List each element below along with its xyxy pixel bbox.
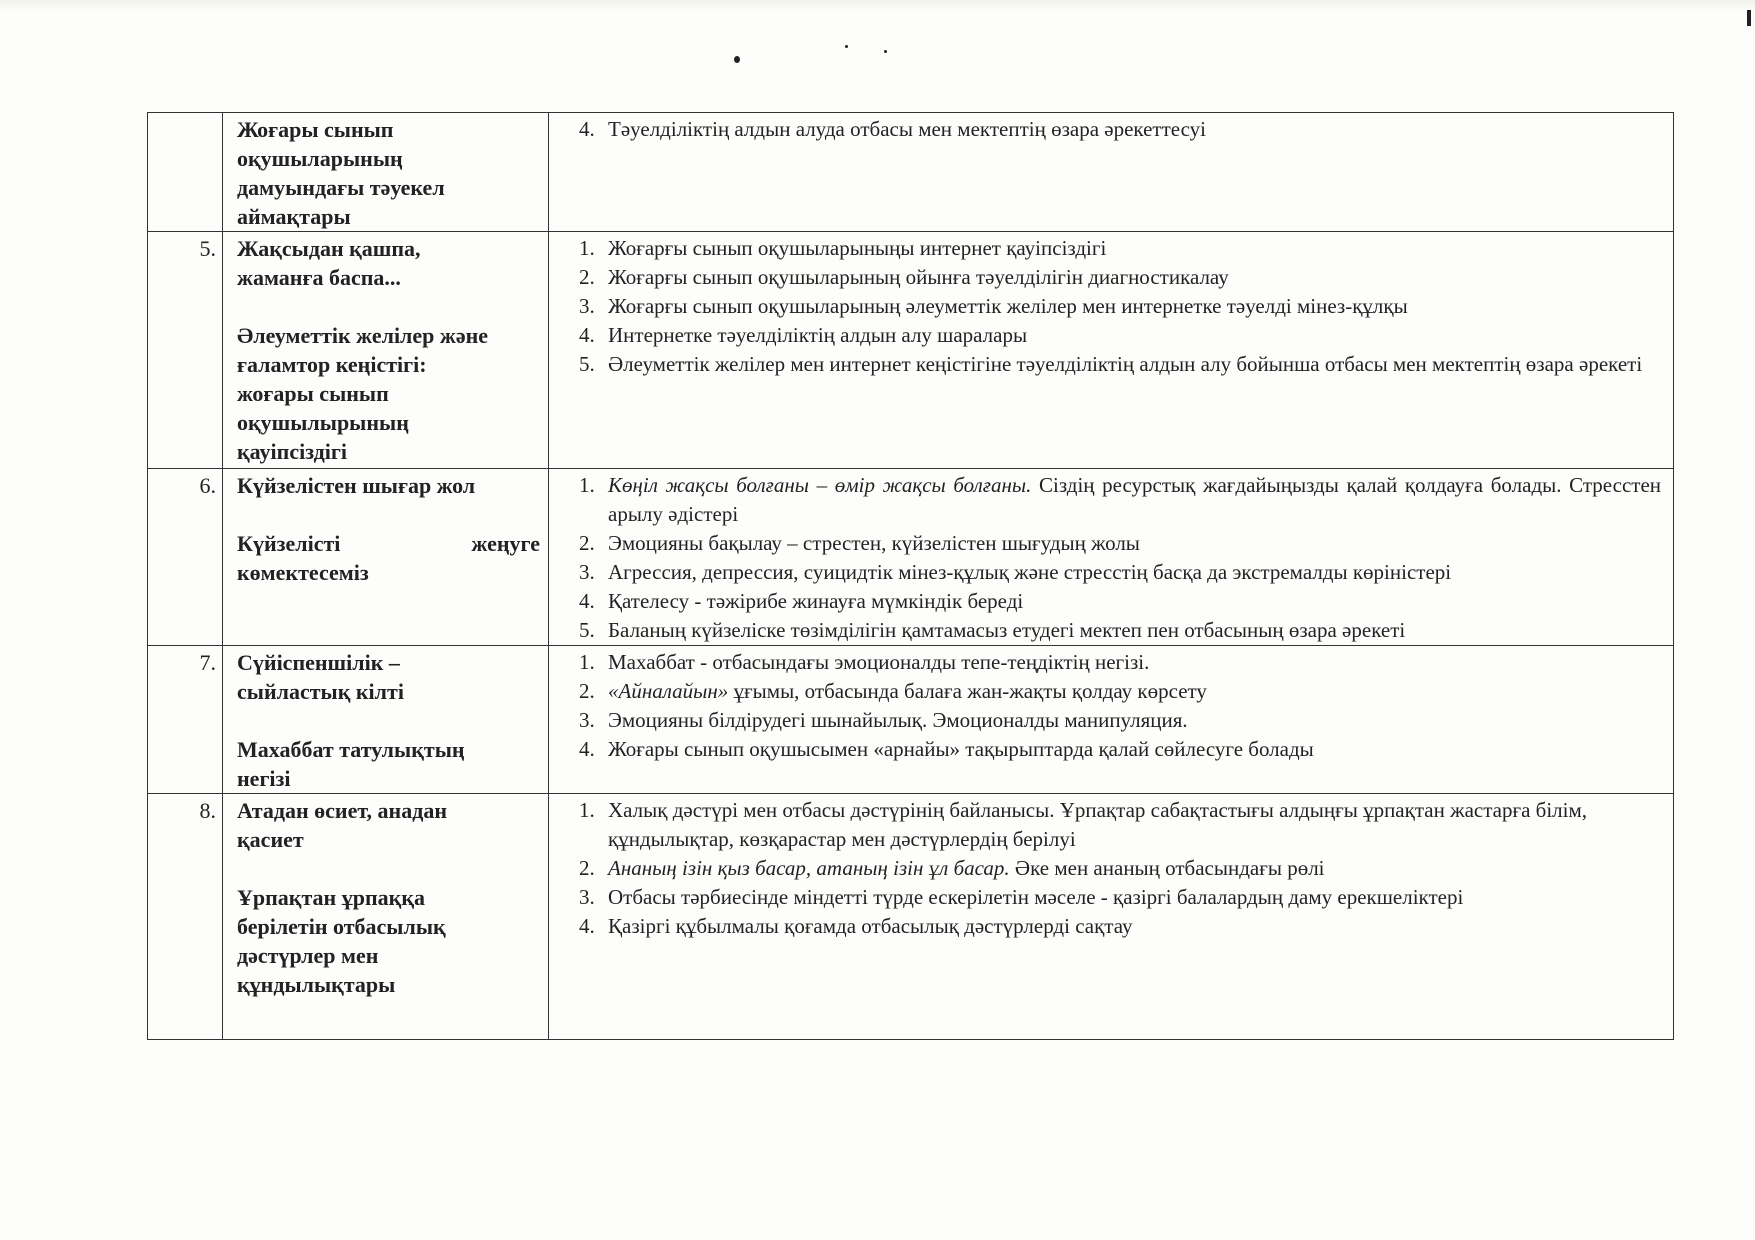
item-number: 4. <box>579 115 595 144</box>
topic-subtitle-line: Ұрпақтан ұрпаққа <box>237 883 540 912</box>
topic-item: 2.Ананың ізін қыз басар, атаның ізін ұл … <box>579 854 1661 883</box>
topic-title-line: Атадан өсиет, анадан <box>237 796 540 825</box>
topic-subtitle-line: дәстүрлер мен <box>237 941 540 970</box>
item-text: Тәуелділіктің алдын алуда отбасы мен мек… <box>608 117 1206 141</box>
topic-item: 3.Агрессия, депрессия, суицидтік мінез-қ… <box>579 558 1661 587</box>
topic-cell: Сүйіспеншілік –сыйластық кілтіМахаббат т… <box>223 646 549 794</box>
item-number: 3. <box>579 883 595 912</box>
topic-items-list: 4.Тәуелділіктің алдын алуда отбасы мен м… <box>579 115 1661 144</box>
topic-cell: Жоғары сыныпоқушыларыныңдамуындағы тәуек… <box>223 113 549 232</box>
topic-title-line: Жоғары сынып <box>237 115 540 144</box>
item-text: Эмоцияны бақылау – стрестен, күйзелістен… <box>608 531 1140 555</box>
item-text: Эмоцияны білдірудегі шынайылық. Эмоциона… <box>608 708 1188 732</box>
topic-subtitle-line: берілетін отбасылық <box>237 912 540 941</box>
topic-item: 1.Жоғарғы сынып оқушыларыныңы интернет қ… <box>579 234 1661 263</box>
topic-title-line: дамуындағы тәуекел <box>237 173 540 202</box>
topic-subtitle-line: негізі <box>237 764 540 793</box>
table-row: 8. Атадан өсиет, анаданқасиетҰрпақтан ұр… <box>148 794 1674 1040</box>
scan-speck <box>884 50 887 53</box>
topic-item: 5.Әлеуметтік желілер мен интернет кеңіст… <box>579 350 1661 379</box>
row-number: 5. <box>148 232 223 469</box>
topic-title-line: Жақсыдан қашпа, <box>237 234 540 263</box>
item-text: Жоғарғы сынып оқушыларыныңы интернет қау… <box>608 236 1106 260</box>
topic-title-line: оқушыларының <box>237 144 540 173</box>
table-row: 6. Күйзелістен шығар жолКүйзелісті жеңуг… <box>148 469 1674 646</box>
spacer <box>237 706 540 735</box>
item-text: Әлеуметтік желілер мен интернет кеңістіг… <box>608 352 1642 376</box>
item-text: Қазіргі құбылмалы қоғамда отбасылық дәст… <box>608 914 1133 938</box>
item-number: 3. <box>579 292 595 321</box>
topic-items-list: 1.Көңіл жақсы болғаны – өмір жақсы болға… <box>579 471 1661 645</box>
spacer <box>237 292 540 321</box>
topic-item: 3.Эмоцияны білдірудегі шынайылық. Эмоцио… <box>579 706 1661 735</box>
topic-item: 5.Баланың күйзеліске төзімділігін қамтам… <box>579 616 1661 645</box>
item-text: Отбасы тәрбиесінде міндетті түрде ескері… <box>608 885 1463 909</box>
topic-subtitle-line: құндылықтары <box>237 970 540 999</box>
topic-title-line: аймақтары <box>237 202 540 231</box>
item-number: 2. <box>579 677 595 706</box>
topic-title-line: жаманға баспа... <box>237 263 540 292</box>
topic-items-list: 1.Жоғарғы сынып оқушыларыныңы интернет қ… <box>579 234 1661 379</box>
item-text: Агрессия, депрессия, суицидтік мінез-құл… <box>608 560 1451 584</box>
topic-item: 4.Қазіргі құбылмалы қоғамда отбасылық дә… <box>579 912 1661 941</box>
topic-cell: Атадан өсиет, анаданқасиетҰрпақтан ұрпақ… <box>223 794 549 1040</box>
content-cell: 1.Көңіл жақсы болғаны – өмір жақсы болға… <box>549 469 1674 646</box>
table-row: 7. Сүйіспеншілік –сыйластық кілтіМахабба… <box>148 646 1674 794</box>
item-number: 4. <box>579 321 595 350</box>
topic-title-line: сыйластық кілті <box>237 677 540 706</box>
topic-title-line: қасиет <box>237 825 540 854</box>
item-number: 2. <box>579 854 595 883</box>
item-number: 3. <box>579 558 595 587</box>
topic-item: 1.Махаббат - отбасындағы эмоционалды теп… <box>579 648 1661 677</box>
topic-title-line: Күйзелістен шығар жол <box>237 471 540 500</box>
content-cell: 1.Махаббат - отбасындағы эмоционалды теп… <box>549 646 1674 794</box>
item-number: 1. <box>579 234 595 263</box>
item-text: Халық дәстүрі мен отбасы дәстүрінің байл… <box>608 798 1587 851</box>
topic-cell: Жақсыдан қашпа,жаманға баспа...Әлеуметті… <box>223 232 549 469</box>
topic-subtitle-line: оқушылырының <box>237 408 540 437</box>
scan-mark <box>1747 10 1751 26</box>
item-number: 1. <box>579 471 595 500</box>
topic-item: 2.Жоғарғы сынып оқушыларының ойынға тәуе… <box>579 263 1661 292</box>
item-italic-phrase: Көңіл жақсы болғаны – өмір жақсы болғаны… <box>608 473 1031 497</box>
item-text: Әке мен ананың отбасындағы рөлі <box>1010 856 1325 880</box>
topic-item: 4.Жоғары сынып оқушысымен «арнайы» тақыр… <box>579 735 1661 764</box>
item-text: Интернетке тәуелділіктің алдын алу шарал… <box>608 323 1027 347</box>
topic-item: 1.Көңіл жақсы болғаны – өмір жақсы болға… <box>579 471 1661 529</box>
topic-item: 2.«Айналайын» ұғымы, отбасында балаға жа… <box>579 677 1661 706</box>
item-number: 2. <box>579 529 595 558</box>
item-text: Жоғарғы сынып оқушыларының әлеуметтік же… <box>608 294 1408 318</box>
topic-title-line: Сүйіспеншілік – <box>237 648 540 677</box>
content-cell: 1.Жоғарғы сынып оқушыларыныңы интернет қ… <box>549 232 1674 469</box>
item-number: 5. <box>579 616 595 645</box>
item-number: 1. <box>579 648 595 677</box>
item-text: Қателесу - тәжірибе жинауға мүмкіндік бе… <box>608 589 1023 613</box>
item-italic-phrase: «Айналайын» <box>608 679 728 703</box>
scan-edge <box>0 0 1755 12</box>
topic-subtitle-line: Әлеуметтік желілер және <box>237 321 540 350</box>
topic-item: 4.Тәуелділіктің алдын алуда отбасы мен м… <box>579 115 1661 144</box>
item-italic-phrase: Ананың ізін қыз басар, атаның ізін ұл ба… <box>608 856 1010 880</box>
row-number: 6. <box>148 469 223 646</box>
scan-speck <box>734 56 740 63</box>
item-number: 2. <box>579 263 595 292</box>
topic-item: 1.Халық дәстүрі мен отбасы дәстүрінің ба… <box>579 796 1661 854</box>
content-cell: 1.Халық дәстүрі мен отбасы дәстүрінің ба… <box>549 794 1674 1040</box>
item-text: Жоғары сынып оқушысымен «арнайы» тақырып… <box>608 737 1314 761</box>
topic-item: 4.Интернетке тәуелділіктің алдын алу шар… <box>579 321 1661 350</box>
scan-speck <box>845 45 848 48</box>
item-number: 1. <box>579 796 595 825</box>
item-number: 5. <box>579 350 595 379</box>
topic-item: 3.Жоғарғы сынып оқушыларының әлеуметтік … <box>579 292 1661 321</box>
topic-subtitle-line: Күйзелісті жеңуге көмектесеміз <box>237 529 540 587</box>
item-number: 4. <box>579 735 595 764</box>
topic-subtitle-line: жоғары сынып <box>237 379 540 408</box>
item-text: Жоғарғы сынып оқушыларының ойынға тәуелд… <box>608 265 1229 289</box>
spacer <box>237 854 540 883</box>
item-number: 4. <box>579 912 595 941</box>
program-table: Жоғары сыныпоқушыларыныңдамуындағы тәуек… <box>147 112 1674 1040</box>
row-number: 8. <box>148 794 223 1040</box>
table-row: 5. Жақсыдан қашпа,жаманға баспа...Әлеуме… <box>148 232 1674 469</box>
content-cell: 4.Тәуелділіктің алдын алуда отбасы мен м… <box>549 113 1674 232</box>
table-row: Жоғары сыныпоқушыларыныңдамуындағы тәуек… <box>148 113 1674 232</box>
topic-item: 4.Қателесу - тәжірибе жинауға мүмкіндік … <box>579 587 1661 616</box>
topic-item: 2.Эмоцияны бақылау – стрестен, күйзеліст… <box>579 529 1661 558</box>
row-number: 7. <box>148 646 223 794</box>
topic-subtitle-line: ғаламтор кеңістігі: <box>237 350 540 379</box>
row-number <box>148 113 223 232</box>
spacer <box>237 500 540 529</box>
item-number: 4. <box>579 587 595 616</box>
topic-subtitle-line: Махаббат татулықтың <box>237 735 540 764</box>
topic-cell: Күйзелістен шығар жолКүйзелісті жеңуге к… <box>223 469 549 646</box>
topic-item: 3.Отбасы тәрбиесінде міндетті түрде еске… <box>579 883 1661 912</box>
item-number: 3. <box>579 706 595 735</box>
topic-subtitle-line: қауіпсіздігі <box>237 437 540 466</box>
topic-items-list: 1.Халық дәстүрі мен отбасы дәстүрінің ба… <box>579 796 1661 941</box>
topic-items-list: 1.Махаббат - отбасындағы эмоционалды теп… <box>579 648 1661 764</box>
item-text: Баланың күйзеліске төзімділігін қамтамас… <box>608 618 1405 642</box>
item-text: Махаббат - отбасындағы эмоционалды тепе-… <box>608 650 1149 674</box>
item-text: ұғымы, отбасында балаға жан-жақты қолдау… <box>728 679 1207 703</box>
